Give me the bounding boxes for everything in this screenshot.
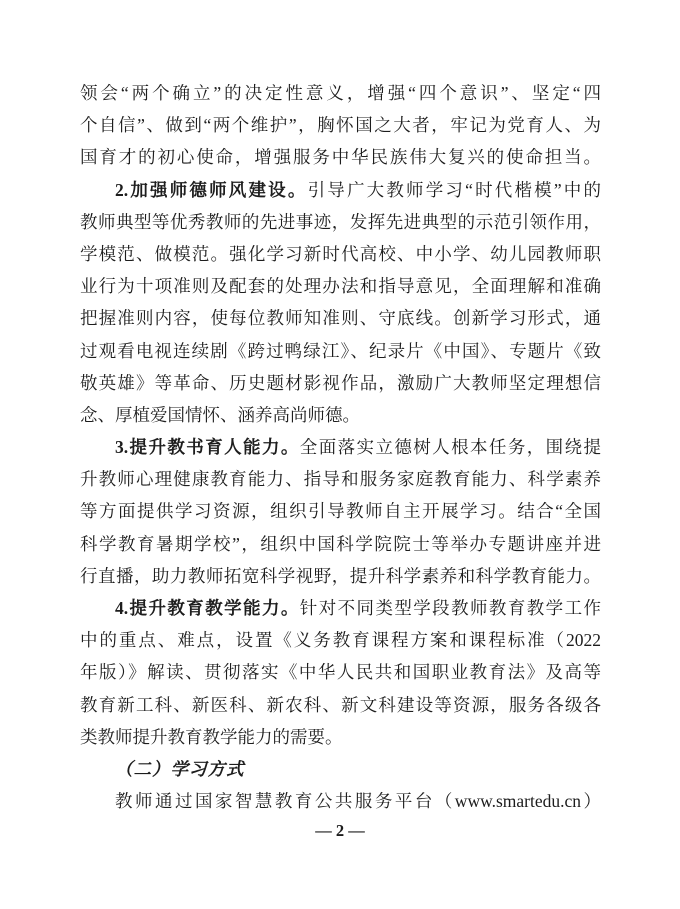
text-run: 等方面提供学习资源，组织引导教师自主开展学习。结合“全国 xyxy=(80,501,601,521)
text-line: 行直播，助力教师拓宽科学视野，提升科学素养和科学教育能力。 xyxy=(80,560,601,592)
text-line: 等方面提供学习资源，组织引导教师自主开展学习。结合“全国 xyxy=(80,495,601,527)
text-line: 个自信”、做到“两个维护”，胸怀国之大者，牢记为党育人、为 xyxy=(80,109,601,141)
text-line: 4.提升教育教学能力。针对不同类型学段教师教育教学工作 xyxy=(80,592,601,624)
text-run: 业行为十项准则及配套的处理办法和指导意见，全面理解和准确 xyxy=(80,276,601,296)
text-line: 3.提升教书育人能力。全面落实立德树人根本任务，围绕提 xyxy=(80,431,601,463)
document-page: 领会“两个确立”的决定性意义，增强“四个意识”、坚定“四个自信”、做到“两个维护… xyxy=(0,0,680,909)
text-run: 教师典型等优秀教师的先进事迹，发挥先进典型的示范引领作用， xyxy=(80,212,601,232)
text-run: 学模范、做模范。强化学习新时代高校、中小学、幼儿园教师职 xyxy=(80,244,601,264)
text-line: （二）学习方式 xyxy=(80,753,601,785)
text-line: 2.加强师德师风建设。引导广大教师学习“时代楷模”中的 xyxy=(80,174,601,206)
text-run: 过观看电视连续剧《跨过鸭绿江》、纪录片《中国》、专题片《致 xyxy=(80,341,601,361)
text-line: 升教师心理健康教育能力、指导和服务家庭教育能力、科学素养 xyxy=(80,463,601,495)
paragraph-lead: 4.提升教育教学能力。 xyxy=(115,598,300,618)
text-line: 教育新工科、新医科、新农科、新文科建设等资源，服务各级各 xyxy=(80,689,601,721)
text-run: 科学教育暑期学校”，组织中国科学院院士等举办专题讲座并进 xyxy=(80,534,601,554)
text-line: 教师通过国家智慧教育公共服务平台（www.smartedu.cn） xyxy=(80,785,601,817)
text-line: 科学教育暑期学校”，组织中国科学院院士等举办专题讲座并进 xyxy=(80,528,601,560)
text-run: 类教师提升教育教学能力的需要。 xyxy=(80,727,343,747)
paragraph-lead: 2.加强师德师风建设。 xyxy=(115,180,308,200)
text-run: 教师通过国家智慧教育公共服务平台（www.smartedu.cn） xyxy=(115,791,601,811)
text-run: 教育新工科、新医科、新农科、新文科建设等资源，服务各级各 xyxy=(80,695,601,715)
text-line: 中的重点、难点，设置《义务教育课程方案和课程标准（2022 xyxy=(80,624,601,656)
text-run: 个自信”、做到“两个维护”，胸怀国之大者，牢记为党育人、为 xyxy=(80,115,601,135)
page-number: — 2 — xyxy=(0,821,680,841)
text-run: 针对不同类型学段教师教育教学工作 xyxy=(300,598,601,618)
paragraph-lead: 3.提升教书育人能力。 xyxy=(115,437,300,457)
text-line: 念、厚植爱国情怀、涵养高尚师德。 xyxy=(80,399,601,431)
paragraph-lead: （二）学习方式 xyxy=(115,759,245,779)
text-run: 领会“两个确立”的决定性意义，增强“四个意识”、坚定“四 xyxy=(80,83,601,103)
text-run: 年版）》解读、贯彻落实《中华人民共和国职业教育法》及高等 xyxy=(80,662,601,682)
text-line: 业行为十项准则及配套的处理办法和指导意见，全面理解和准确 xyxy=(80,270,601,302)
text-run: 把握准则内容，使每位教师知准则、守底线。创新学习形式，通 xyxy=(80,308,601,328)
text-line: 类教师提升教育教学能力的需要。 xyxy=(80,721,601,753)
text-line: 敬英雄》等革命、历史题材影视作品，激励广大教师坚定理想信 xyxy=(80,367,601,399)
text-line: 国育才的初心使命，增强服务中华民族伟大复兴的使命担当。 xyxy=(80,141,601,173)
text-run: 中的重点、难点，设置《义务教育课程方案和课程标准（2022 xyxy=(80,630,601,650)
text-line: 过观看电视连续剧《跨过鸭绿江》、纪录片《中国》、专题片《致 xyxy=(80,335,601,367)
text-run: 敬英雄》等革命、历史题材影视作品，激励广大教师坚定理想信 xyxy=(80,373,601,393)
text-line: 把握准则内容，使每位教师知准则、守底线。创新学习形式，通 xyxy=(80,302,601,334)
text-run: 行直播，助力教师拓宽科学视野，提升科学素养和科学教育能力。 xyxy=(80,566,601,586)
text-run: 引导广大教师学习“时代楷模”中的 xyxy=(308,180,601,200)
text-run: 国育才的初心使命，增强服务中华民族伟大复兴的使命担当。 xyxy=(80,147,601,167)
text-run: 升教师心理健康教育能力、指导和服务家庭教育能力、科学素养 xyxy=(80,469,601,489)
text-run: 全面落实立德树人根本任务，围绕提 xyxy=(300,437,601,457)
text-line: 年版）》解读、贯彻落实《中华人民共和国职业教育法》及高等 xyxy=(80,656,601,688)
text-line: 领会“两个确立”的决定性意义，增强“四个意识”、坚定“四 xyxy=(80,77,601,109)
document-body: 领会“两个确立”的决定性意义，增强“四个意识”、坚定“四个自信”、做到“两个维护… xyxy=(80,77,601,817)
text-line: 学模范、做模范。强化学习新时代高校、中小学、幼儿园教师职 xyxy=(80,238,601,270)
text-run: 念、厚植爱国情怀、涵养高尚师德。 xyxy=(80,405,360,425)
text-line: 教师典型等优秀教师的先进事迹，发挥先进典型的示范引领作用， xyxy=(80,206,601,238)
